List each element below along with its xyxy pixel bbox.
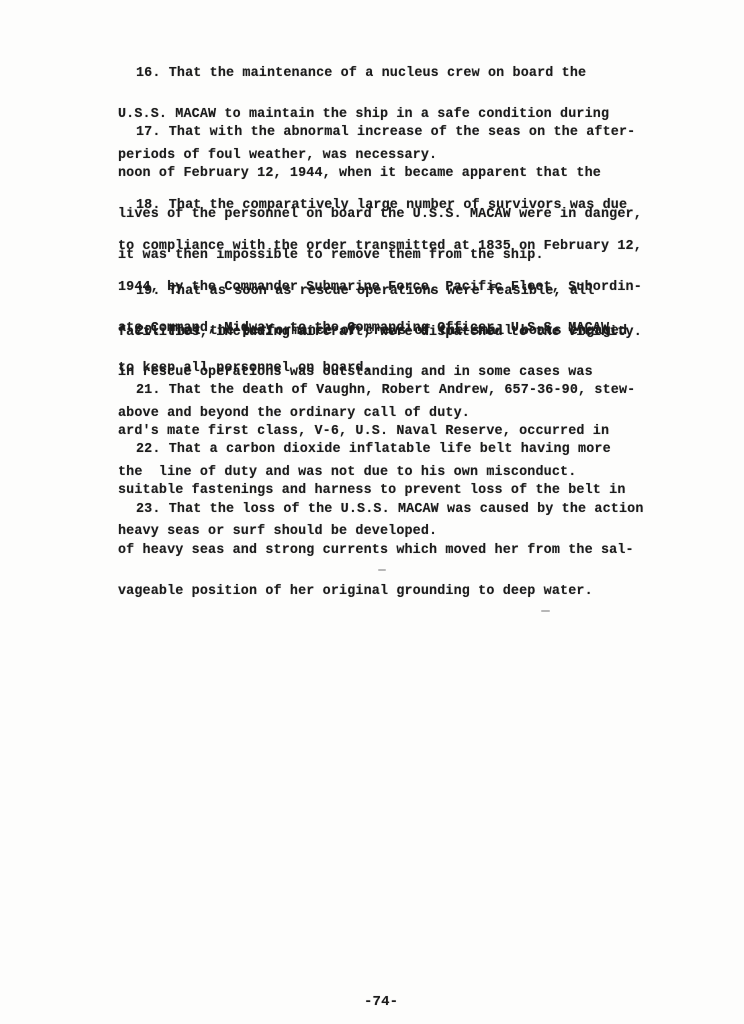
paragraph-23: 23. That the loss of the U.S.S. MACAW wa… [118, 476, 698, 626]
document-page: 16. That the maintenance of a nucleus cr… [0, 0, 744, 1024]
paragraph-line: vageable position of her original ground… [118, 585, 698, 599]
paragraph-line: 22. That a carbon dioxide inflatable lif… [118, 443, 698, 457]
paragraph-line: 17. That with the abnormal increase of t… [118, 126, 698, 140]
paragraph-line: to compliance with the order transmitted… [118, 240, 698, 254]
scan-speck [378, 569, 386, 571]
paragraph-line: of heavy seas and strong currents which … [118, 544, 698, 558]
paragraph-line: 16. That the maintenance of a nucleus cr… [118, 67, 698, 81]
page-number: -74- [364, 996, 398, 1010]
paragraph-line: 18. That the comparatively large number … [118, 199, 698, 213]
scan-speck [541, 610, 550, 612]
paragraph-line: 20. That the performance of crews of the… [118, 325, 698, 339]
paragraph-line: 19. That as soon as rescue operations we… [118, 285, 698, 299]
paragraph-line: 21. That the death of Vaughn, Robert And… [118, 384, 698, 398]
paragraph-line: 23. That the loss of the U.S.S. MACAW wa… [118, 503, 698, 517]
